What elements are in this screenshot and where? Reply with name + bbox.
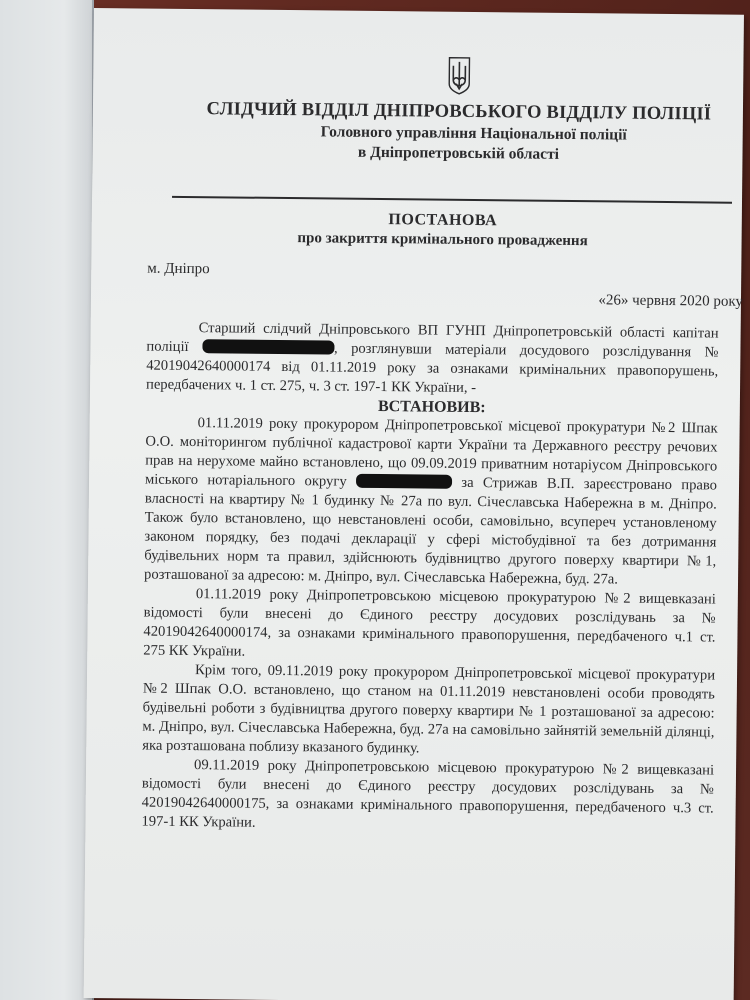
issuing-authority-header: СЛІДЧИЙ ВІДДІЛ ДНІПРОВСЬКОГО ВІДДІЛУ ПОЛ… [148,99,749,166]
document-content: СЛІДЧИЙ ВІДДІЛ ДНІПРОВСЬКОГО ВІДДІЛУ ПОЛ… [150,41,710,47]
intro-paragraph: Старший слідчий Дніпровського ВП ГУНП Дн… [146,319,719,401]
document-date: «26» червня 2020 року [598,292,743,311]
header-line-3: в Дніпропетровській області [168,142,748,166]
paragraph-1-text-2: за Стрижав В.П. зареєстровано право влас… [144,475,717,588]
header-divider [172,196,732,204]
redacted-name [202,339,334,354]
paragraph-4: 09.11.2019 року Дніпропетровською місцев… [141,756,714,838]
paragraph-3: Крім того, 09.11.2019 року прокурором Дн… [142,661,715,762]
document-title-block: ПОСТАНОВА про закриття кримінального про… [148,209,738,252]
paragraph-2: 01.11.2019 року Дніпропетровською місцев… [143,585,716,667]
document-page: СЛІДЧИЙ ВІДДІЛ ДНІПРОВСЬКОГО ВІДДІЛУ ПОЛ… [84,8,744,1000]
document-subtitle: про закриття кримінального провадження [148,229,738,252]
left-page [0,0,94,1000]
ukraine-trident-emblem-icon [447,56,471,96]
paragraph-1: 01.11.2019 року прокурором Дніпропетровс… [144,414,718,591]
city: м. Дніпро [147,261,210,279]
redacted-notary-name [356,474,452,489]
document-body: Старший слідчий Дніпровського ВП ГУНП Дн… [141,319,718,838]
